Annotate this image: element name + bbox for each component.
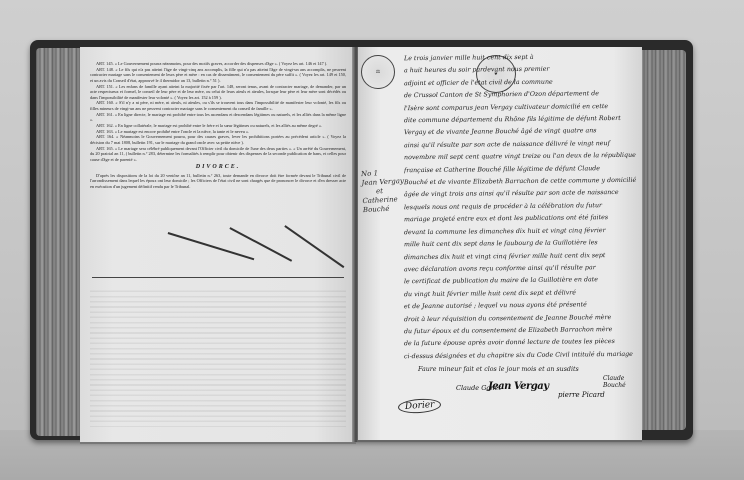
signature-officer: Dorier xyxy=(398,398,442,415)
divorce-text: D'après les dispositions de la loi du 20… xyxy=(90,173,346,190)
strike-line xyxy=(285,225,345,268)
printed-civil-code-text: ART. 145. « Le Gouvernement pourra néanm… xyxy=(90,61,346,190)
page-edges-left xyxy=(36,48,82,436)
article-145: ART. 145. « Le Gouvernement pourra néanm… xyxy=(90,61,346,67)
article-160: ART. 160. « S'il n'y a ni père, ni mère,… xyxy=(90,100,346,111)
page-edges-right xyxy=(640,50,686,430)
handwritten-record: Le trois janvier mille huit cent dix sep… xyxy=(404,52,636,362)
show-through-text xyxy=(90,287,346,427)
left-page: ART. 145. « Le Gouvernement pourra néanm… xyxy=(80,47,356,444)
fiscal-stamp-icon: ⚖ xyxy=(361,55,395,89)
right-page: ⚖ ❦ No 1 Jean Vergay et Catherine Bouché… xyxy=(358,47,642,442)
end-rule xyxy=(92,277,344,278)
signature-witness: Claude Bouché xyxy=(603,375,642,389)
article-151: ART. 151. « Les enfans de famille ayant … xyxy=(90,84,346,101)
strike-line xyxy=(168,232,255,260)
margin-note: No 1 Jean Vergay et Catherine Bouché xyxy=(361,168,407,215)
article-161: ART. 161. « En ligne directe, le mariage… xyxy=(90,112,346,123)
divorce-heading: DIVORCE. xyxy=(90,165,346,171)
strike-line xyxy=(230,227,293,261)
signature-groom: Jean Vergay xyxy=(488,381,549,392)
handwritten-line: ci-dessus désignées et du chapitre six d… xyxy=(404,349,636,364)
article-163: ART. 163. « Le mariage est encore prohib… xyxy=(90,129,346,135)
signature-witness: pierre Picard xyxy=(558,391,605,399)
closing-formula: Faure mineur fait et clos le jour mois e… xyxy=(418,365,638,375)
article-164: ART. 164. « Néanmoins le Gouvernement po… xyxy=(90,134,346,145)
article-148: ART. 148. « Le fils qui n'a pas atteint … xyxy=(90,67,346,84)
article-165: ART. 165. « Le mariage sera célébré publ… xyxy=(90,146,346,163)
article-162: ART. 162. « En ligne collatérale, le mar… xyxy=(90,123,346,129)
bride-last-name: Bouché xyxy=(363,204,407,215)
